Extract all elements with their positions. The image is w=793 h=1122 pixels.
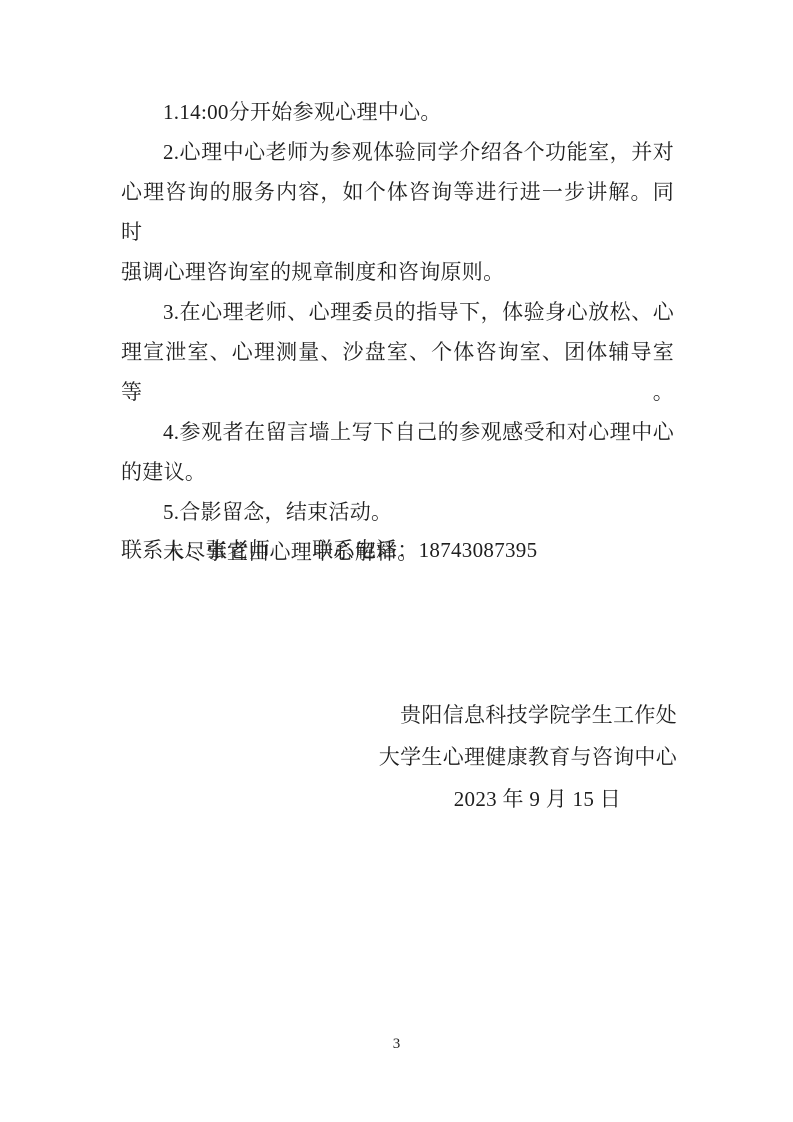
signature-department-line1: 贵阳信息科技学院学生工作处 xyxy=(365,694,677,736)
body-text: 1.14:00分开始参观心理中心。 2.心理中心老师为参观体验同学介绍各个功能室… xyxy=(121,92,674,572)
contact-phone: 联系电话：18743087395 xyxy=(312,530,537,570)
body-line-item2-start: 2.心理中心老师为参观体验同学介绍各个功能室，并对 xyxy=(121,132,674,172)
contact-line: 联系人：张老师 联系电话：18743087395 xyxy=(121,530,537,570)
body-line-item2-cont: 心理咨询的服务内容，如个体咨询等进行进一步讲解。同时 xyxy=(121,172,674,252)
body-line-item2-end: 强调心理咨询室的规章制度和咨询原则。 xyxy=(121,252,674,292)
body-line-item1: 1.14:00分开始参观心理中心。 xyxy=(121,92,674,132)
body-line-item4-start: 4.参观者在留言墙上写下自己的参观感受和对心理中心 xyxy=(121,412,674,452)
body-line-item3-start: 3.在心理老师、心理委员的指导下，体验身心放松、心 xyxy=(121,292,674,332)
signature-block: 贵阳信息科技学院学生工作处 大学生心理健康教育与咨询中心 2023 年 9 月 … xyxy=(365,694,677,820)
body-line-item3-end: 理宣泄室、心理测量、沙盘室、个体咨询室、团体辅导室等。 xyxy=(121,332,674,412)
contact-person: 联系人：张老师 xyxy=(121,530,270,570)
signature-department-line2: 大学生心理健康教育与咨询中心 xyxy=(365,736,677,778)
page-number: 3 xyxy=(0,1034,793,1054)
document-page: 1.14:00分开始参观心理中心。 2.心理中心老师为参观体验同学介绍各个功能室… xyxy=(0,0,793,1122)
body-line-item5: 5.合影留念，结束活动。 xyxy=(121,492,674,532)
signature-date: 2023 年 9 月 15 日 xyxy=(365,778,677,820)
body-line-item4-end: 的建议。 xyxy=(121,452,674,492)
